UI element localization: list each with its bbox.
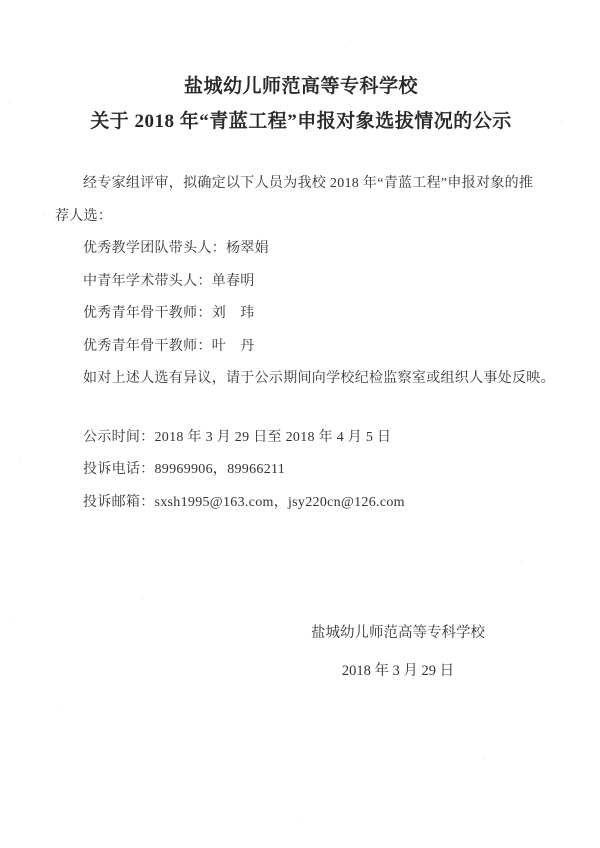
complaint-email-line: 投诉邮箱：sxsh1995@163.com，jsy220cn@126.com	[55, 487, 547, 520]
title-line-notice-subject: 关于 2018 年“青蓝工程”申报对象选拔情况的公示	[55, 104, 547, 139]
list-item-academic-leader: 中青年学术带头人：单春明	[55, 266, 547, 299]
signature-date: 2018 年 3 月 29 日	[278, 652, 518, 690]
intro-line-1: 经专家组评审，拟确定以下人员为我校 2018 年“青蓝工程”申报对象的推	[55, 168, 547, 201]
objection-notice-line: 如对上述人选有异议，请于公示期间向学校纪检监察室或组织人事处反映。	[55, 363, 547, 396]
scan-noise-speckles	[0, 0, 2, 2]
intro-line-2: 荐人选：	[55, 201, 547, 234]
signature-block: 盐城幼儿师范高等专科学校 2018 年 3 月 29 日	[278, 614, 518, 690]
signature-org-name: 盐城幼儿师范高等专科学校	[278, 614, 518, 652]
scanned-notice-page: 盐城幼儿师范高等专科学校 关于 2018 年“青蓝工程”申报对象选拔情况的公示 …	[0, 0, 600, 848]
publicity-period-line: 公示时间：2018 年 3 月 29 日至 2018 年 4 月 5 日	[55, 422, 547, 455]
blank-line	[55, 396, 547, 422]
title-line-school-name: 盐城幼儿师范高等专科学校	[55, 69, 547, 104]
page-title: 盐城幼儿师范高等专科学校 关于 2018 年“青蓝工程”申报对象选拔情况的公示	[55, 69, 547, 139]
body-text: 经专家组评审，拟确定以下人员为我校 2018 年“青蓝工程”申报对象的推 荐人选…	[55, 168, 547, 519]
list-item-backbone-teacher-1: 优秀青年骨干教师：刘 玮	[55, 298, 547, 331]
list-item-backbone-teacher-2: 优秀青年骨干教师：叶 丹	[55, 331, 547, 364]
complaint-phone-line: 投诉电话：89969906，89966211	[55, 454, 547, 487]
document-content: 盐城幼儿师范高等专科学校 关于 2018 年“青蓝工程”申报对象选拔情况的公示 …	[55, 69, 547, 690]
list-item-teaching-team-leader: 优秀教学团队带头人：杨翠娟	[55, 233, 547, 266]
